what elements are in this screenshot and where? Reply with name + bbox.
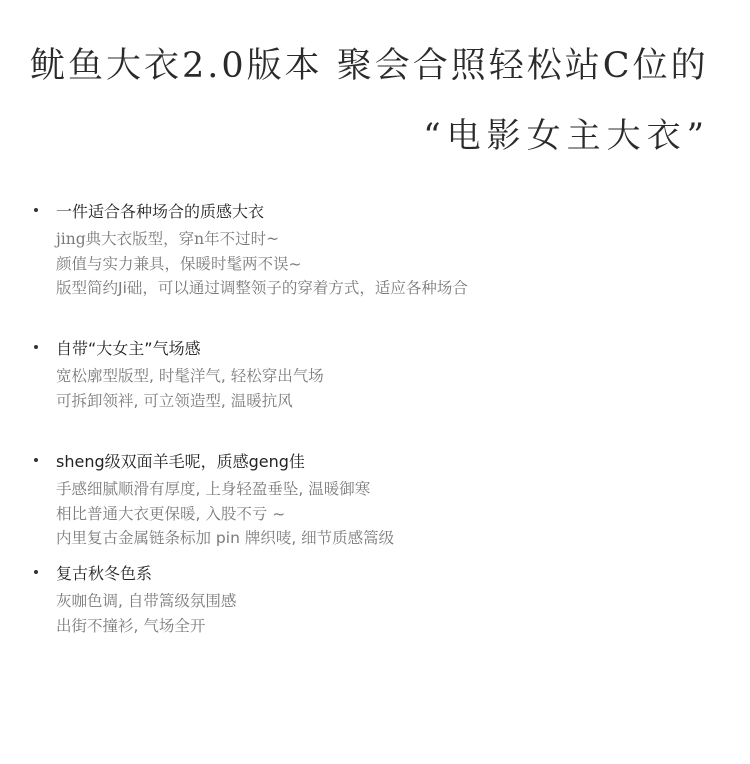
section-line: jing典大衣版型，穿n年不过时~ xyxy=(56,227,468,252)
section-line: 相比普通大衣更保暖, 入股不亏 ~ xyxy=(56,502,394,527)
bullet-icon xyxy=(34,458,38,462)
bullet-icon xyxy=(34,345,38,349)
section-line: 出街不撞衫, 气场全开 xyxy=(56,614,236,639)
section-line: 颜值与实力兼具，保暖时髦两不误~ xyxy=(56,252,468,277)
section-line: 内里复古金属链条标加 pin 牌织唛, 细节质感篙级 xyxy=(56,526,394,551)
section-heading: sheng级双面羊毛呢，质感geng佳 xyxy=(56,449,305,472)
bullet-icon xyxy=(34,570,38,574)
bullet-icon xyxy=(34,208,38,212)
section-wool: sheng级双面羊毛呢，质感geng佳 手感细腻顺滑有厚度, 上身轻盈垂坠, 温… xyxy=(30,447,394,551)
title-line-1: 鱿鱼大衣2.0版本 聚会合照轻松站C位的 xyxy=(30,42,730,90)
section-line: 可拆卸领袢, 可立领造型, 温暖抗风 xyxy=(56,389,324,414)
section-heading: 复古秋冬色系 xyxy=(56,561,152,584)
section-line: 灰咖色调, 自带篙级氛围感 xyxy=(56,589,236,614)
section-colors: 复古秋冬色系 灰咖色调, 自带篙级氛围感 出街不撞衫, 气场全开 xyxy=(30,559,236,638)
section-line: 宽松廓型版型, 时髦洋气, 轻松穿出气场 xyxy=(56,364,324,389)
title-line-2: “电影女主大衣” xyxy=(423,112,710,160)
section-aura: 自带“大女主”气场感 宽松廓型版型, 时髦洋气, 轻松穿出气场 可拆卸领袢, 可… xyxy=(30,334,324,413)
section-line: 版型简约Ji础，可以通过调整领子的穿着方式，适应各种场合 xyxy=(56,276,468,301)
section-line: 手感细腻顺滑有厚度, 上身轻盈垂坠, 温暖御寒 xyxy=(56,477,394,502)
section-heading: 自带“大女主”气场感 xyxy=(56,336,201,359)
section-quality-coat: 一件适合各种场合的质感大衣 jing典大衣版型，穿n年不过时~ 颜值与实力兼具，… xyxy=(30,197,468,301)
section-heading: 一件适合各种场合的质感大衣 xyxy=(56,199,264,222)
